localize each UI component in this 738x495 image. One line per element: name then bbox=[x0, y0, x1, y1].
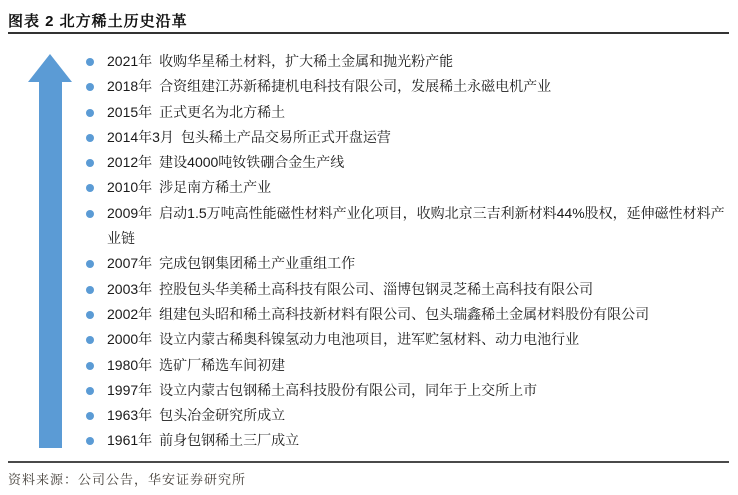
timeline-year: 1961年 bbox=[107, 432, 152, 448]
timeline-text: 建设4000吨钕铁硼合金生产线 bbox=[159, 154, 344, 170]
timeline-arrow-shaft bbox=[39, 81, 62, 448]
timeline-year: 2003年 bbox=[107, 281, 152, 297]
timeline-year: 2000年 bbox=[107, 331, 152, 347]
timeline-text: 收购华星稀土材料，扩大稀土金属和抛光粉产能 bbox=[159, 53, 453, 69]
timeline-year: 2014年3月 bbox=[107, 129, 174, 145]
timeline-arrow-up-icon bbox=[28, 54, 72, 82]
bullet-icon bbox=[86, 210, 94, 218]
timeline-entry: 2018年合资组建江苏新稀捷机电科技有限公司，发展稀土永磁电机产业 bbox=[86, 74, 732, 99]
title-divider bbox=[8, 32, 729, 34]
bullet-icon bbox=[86, 260, 94, 268]
timeline-entry: 1961年前身包钢稀土三厂成立 bbox=[86, 428, 732, 453]
timeline-year: 2012年 bbox=[107, 154, 152, 170]
bullet-icon bbox=[86, 58, 94, 66]
timeline-text: 完成包钢集团稀土产业重组工作 bbox=[159, 255, 355, 271]
timeline-text: 组建包头昭和稀土高科技新材料有限公司、包头瑞鑫稀土金属材料股份有限公司 bbox=[159, 306, 649, 322]
bullet-icon bbox=[86, 437, 94, 445]
report-figure-page: 图表 2 北方稀土历史沿革 2021年收购华星稀土材料，扩大稀土金属和抛光粉产能… bbox=[0, 0, 738, 495]
timeline-entry: 1963年包头冶金研究所成立 bbox=[86, 403, 732, 428]
timeline-year: 2018年 bbox=[107, 78, 152, 94]
timeline-year: 2009年 bbox=[107, 205, 152, 221]
timeline-text: 设立内蒙古稀奥科镍氢动力电池项目，进军贮氢材料、动力电池行业 bbox=[159, 331, 579, 347]
timeline-entry: 2002年组建包头昭和稀土高科技新材料有限公司、包头瑞鑫稀土金属材料股份有限公司 bbox=[86, 302, 732, 327]
figure-title: 图表 2 北方稀土历史沿革 bbox=[8, 10, 188, 31]
timeline-year: 2002年 bbox=[107, 306, 152, 322]
footer-divider bbox=[8, 461, 729, 463]
timeline-year: 2007年 bbox=[107, 255, 152, 271]
bullet-icon bbox=[86, 184, 94, 192]
timeline-entries: 2021年收购华星稀土材料，扩大稀土金属和抛光粉产能 2018年合资组建江苏新稀… bbox=[86, 49, 732, 454]
timeline-text: 启动1.5万吨高性能磁性材料产业化项目，收购北京三吉利新材料44%股权，延伸磁性… bbox=[107, 205, 725, 246]
bullet-icon bbox=[86, 362, 94, 370]
source-note: 资料来源：公司公告，华安证券研究所 bbox=[8, 469, 246, 488]
timeline-entry: 1997年设立内蒙古包钢稀土高科技股份有限公司，同年于上交所上市 bbox=[86, 378, 732, 403]
bullet-icon bbox=[86, 134, 94, 142]
timeline-year: 1963年 bbox=[107, 407, 152, 423]
timeline-entry: 2012年建设4000吨钕铁硼合金生产线 bbox=[86, 150, 732, 175]
timeline-entry: 2007年完成包钢集团稀土产业重组工作 bbox=[86, 251, 732, 276]
timeline-text: 包头稀土产品交易所正式开盘运营 bbox=[181, 129, 391, 145]
timeline-text: 选矿厂稀选车间初建 bbox=[159, 357, 285, 373]
timeline-year: 2021年 bbox=[107, 53, 152, 69]
timeline-entry: 2000年设立内蒙古稀奥科镍氢动力电池项目，进军贮氢材料、动力电池行业 bbox=[86, 327, 732, 352]
timeline-entry: 2003年控股包头华美稀土高科技有限公司、淄博包钢灵芝稀土高科技有限公司 bbox=[86, 277, 732, 302]
timeline-text: 正式更名为北方稀土 bbox=[159, 104, 285, 120]
bullet-icon bbox=[86, 311, 94, 319]
timeline-entry: 2021年收购华星稀土材料，扩大稀土金属和抛光粉产能 bbox=[86, 49, 732, 74]
timeline-year: 1997年 bbox=[107, 382, 152, 398]
timeline-entry: 2009年启动1.5万吨高性能磁性材料产业化项目，收购北京三吉利新材料44%股权… bbox=[86, 201, 732, 252]
timeline-text: 合资组建江苏新稀捷机电科技有限公司，发展稀土永磁电机产业 bbox=[159, 78, 551, 94]
bullet-icon bbox=[86, 83, 94, 91]
timeline-text: 设立内蒙古包钢稀土高科技股份有限公司，同年于上交所上市 bbox=[159, 382, 537, 398]
timeline-entry: 2014年3月包头稀土产品交易所正式开盘运营 bbox=[86, 125, 732, 150]
timeline-text: 涉足南方稀土产业 bbox=[159, 179, 271, 195]
timeline-text: 包头冶金研究所成立 bbox=[159, 407, 285, 423]
timeline-entry: 1980年选矿厂稀选车间初建 bbox=[86, 353, 732, 378]
timeline-year: 2010年 bbox=[107, 179, 152, 195]
bullet-icon bbox=[86, 336, 94, 344]
timeline-entry: 2015年正式更名为北方稀土 bbox=[86, 100, 732, 125]
timeline-year: 1980年 bbox=[107, 357, 152, 373]
timeline-text: 前身包钢稀土三厂成立 bbox=[159, 432, 299, 448]
timeline-year: 2015年 bbox=[107, 104, 152, 120]
timeline-entry: 2010年涉足南方稀土产业 bbox=[86, 175, 732, 200]
timeline-text: 控股包头华美稀土高科技有限公司、淄博包钢灵芝稀土高科技有限公司 bbox=[159, 281, 593, 297]
bullet-icon bbox=[86, 387, 94, 395]
bullet-icon bbox=[86, 286, 94, 294]
bullet-icon bbox=[86, 412, 94, 420]
bullet-icon bbox=[86, 159, 94, 167]
bullet-icon bbox=[86, 109, 94, 117]
